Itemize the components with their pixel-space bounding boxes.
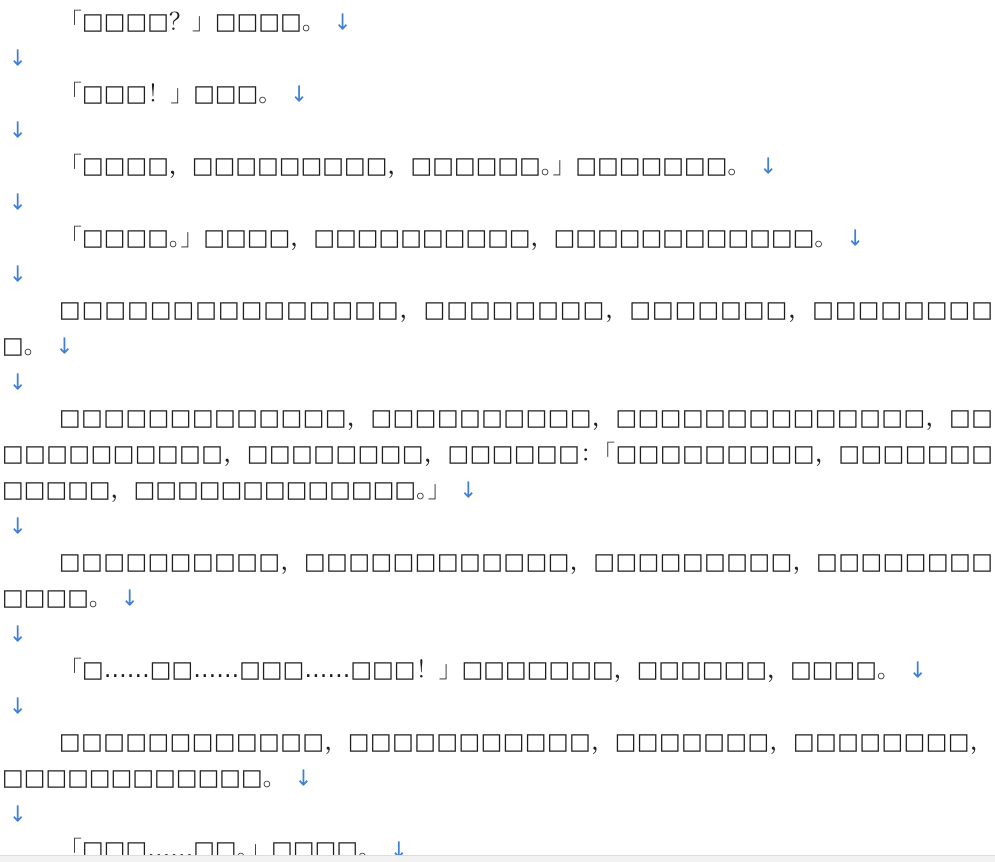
paragraph: 「□□□□？」□□□□。↓: [2, 4, 993, 40]
paragraph-end-mark-icon: ↓: [295, 759, 313, 797]
empty-line-mark-icon: ↓: [9, 111, 27, 149]
paragraph: □□□□□□□□□□□□，□□□□□□□□□□□，□□□□□□□，□□□□□□□…: [2, 724, 993, 796]
empty-line-mark-icon: ↓: [9, 183, 27, 221]
paragraph-end-mark-icon: ↓: [909, 651, 927, 689]
document-page: 「□□□□？」□□□□。↓ ↓ 「□□□！」□□□。↓ ↓ 「□□□□，□□□□…: [0, 0, 995, 862]
paragraph: 「□□□□。」□□□□，□□□□□□□□□□，□□□□□□□□□□□□。↓: [2, 220, 993, 256]
empty-line: ↓: [2, 112, 993, 148]
empty-line-mark-icon: ↓: [9, 687, 27, 725]
paragraph-text: □□□□□□□□□□□□□，□□□□□□□□□□，□□□□□□□□□□□□□□，…: [2, 405, 993, 503]
paragraph: 「□……□□……□□□……□□□！」□□□□□□□，□□□□□□，□□□□。↓: [2, 652, 993, 688]
paragraph-text: □□□□□□□□□□，□□□□□□□□□□□□，□□□□□□□□□，□□□□□□…: [2, 549, 993, 611]
paragraph: □□□□□□□□□□，□□□□□□□□□□□□，□□□□□□□□□，□□□□□□…: [2, 544, 993, 616]
empty-line-mark-icon: ↓: [9, 507, 27, 545]
empty-line-mark-icon: ↓: [9, 795, 27, 833]
empty-line: ↓: [2, 616, 993, 652]
paragraph-end-mark-icon: ↓: [334, 3, 352, 41]
empty-line: ↓: [2, 796, 993, 832]
empty-line-mark-icon: ↓: [9, 363, 27, 401]
empty-line: ↓: [2, 184, 993, 220]
empty-line-mark-icon: ↓: [9, 255, 27, 293]
empty-line: ↓: [2, 364, 993, 400]
paragraph: 「□□□！」□□□。↓: [2, 76, 993, 112]
paragraph: □□□□□□□□□□□□□□□，□□□□□□□□，□□□□□□□，□□□□□□□…: [2, 292, 993, 364]
paragraph-end-mark-icon: ↓: [121, 579, 139, 617]
empty-line: ↓: [2, 40, 993, 76]
paragraph: 「□□□□，□□□□□□□□□，□□□□□□。」□□□□□□□。↓: [2, 148, 993, 184]
paragraph-end-mark-icon: ↓: [846, 219, 864, 257]
paragraph-text: □□□□□□□□□□□□□□□，□□□□□□□□，□□□□□□□，□□□□□□□…: [2, 297, 993, 359]
paragraph: □□□□□□□□□□□□□，□□□□□□□□□□，□□□□□□□□□□□□□□，…: [2, 400, 993, 508]
empty-line: ↓: [2, 508, 993, 544]
empty-line-mark-icon: ↓: [9, 39, 27, 77]
paragraph-end-mark-icon: ↓: [760, 147, 778, 185]
paragraph-text: 「□□□□？」□□□□。: [59, 9, 325, 35]
paragraph-text: 「□□□□。」□□□□，□□□□□□□□□□，□□□□□□□□□□□□。: [59, 225, 837, 251]
paragraph-end-mark-icon: ↓: [460, 471, 478, 509]
horizontal-scrollbar[interactable]: [0, 855, 995, 862]
paragraph-text: 「□……□□……□□□……□□□！」□□□□□□□，□□□□□□，□□□□。: [59, 657, 900, 683]
empty-line: ↓: [2, 256, 993, 292]
paragraph-end-mark-icon: ↓: [290, 75, 308, 113]
paragraph-end-mark-icon: ↓: [56, 327, 74, 365]
empty-line: ↓: [2, 688, 993, 724]
paragraph-text: 「□□□□，□□□□□□□□□，□□□□□□。」□□□□□□□。: [59, 153, 751, 179]
paragraph-text: □□□□□□□□□□□□，□□□□□□□□□□□，□□□□□□□，□□□□□□□…: [2, 729, 993, 791]
empty-line-mark-icon: ↓: [9, 615, 27, 653]
paragraph-text: 「□□□！」□□□。: [59, 81, 281, 107]
